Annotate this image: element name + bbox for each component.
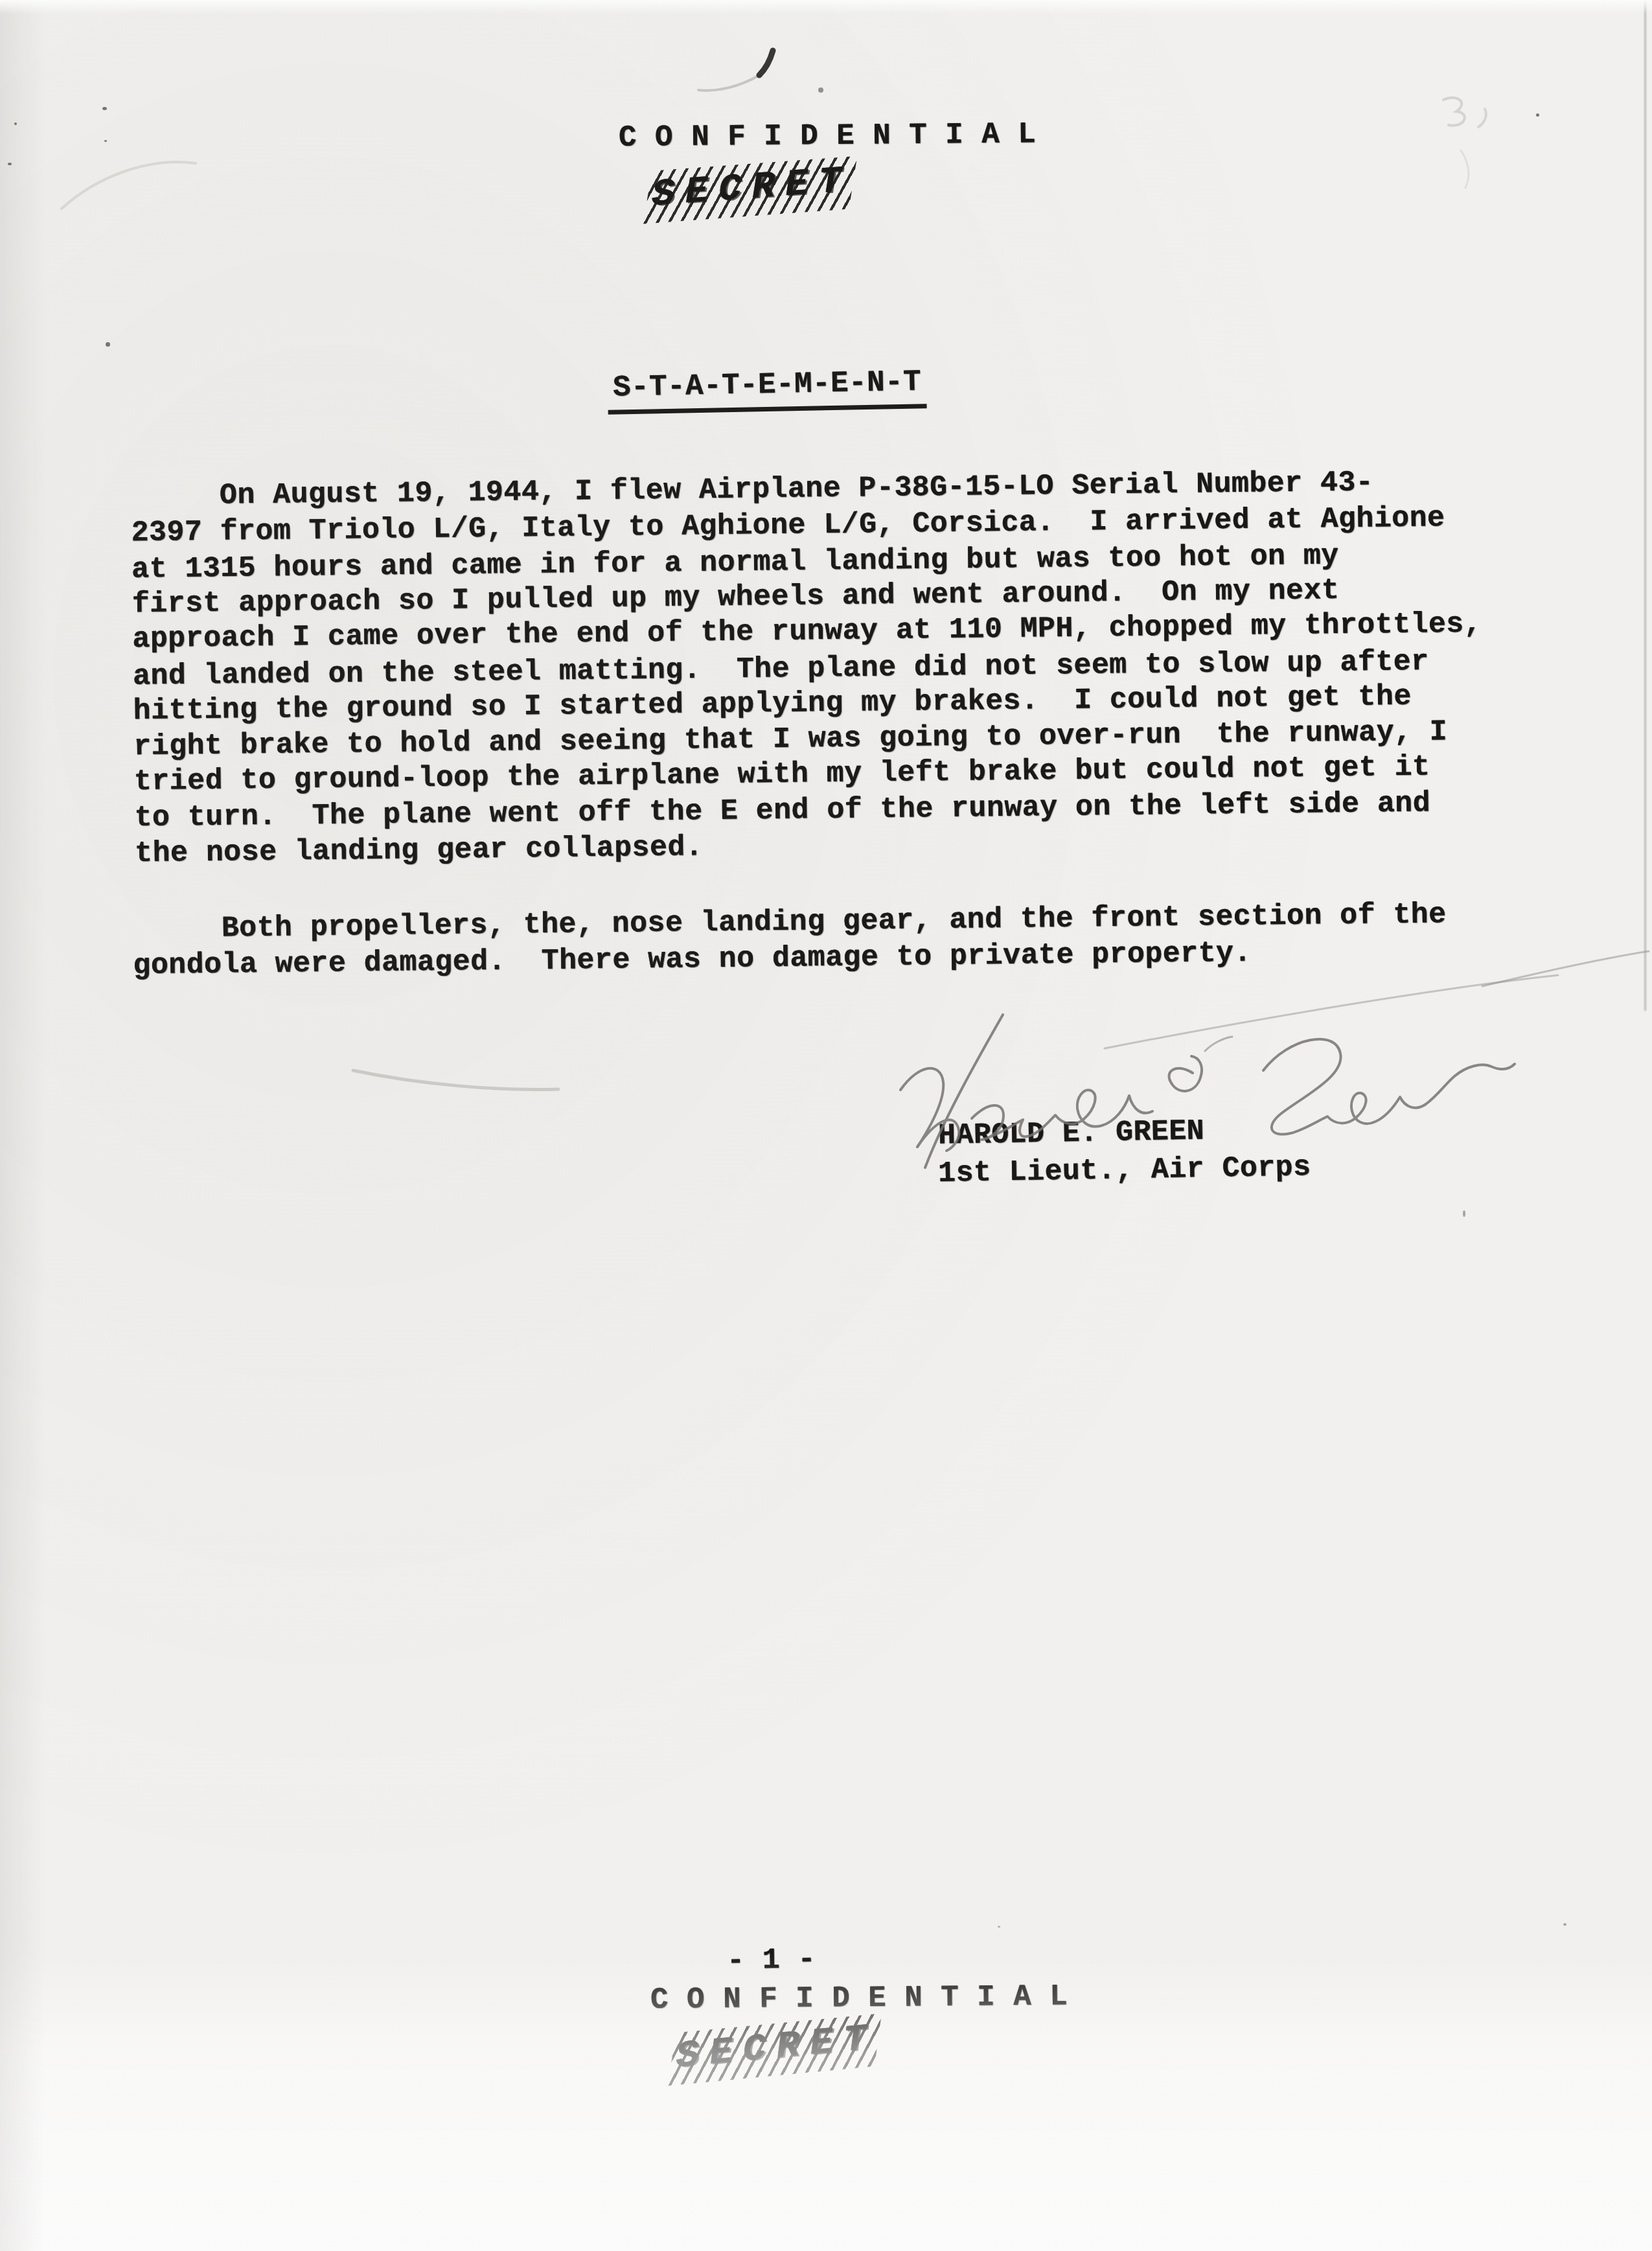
struck-secret-top: SECRET [648,160,856,217]
dust-speck [1536,113,1539,117]
statement-paragraph-1: On August 19, 1944, I flew Airplane P-38… [131,464,1522,872]
statement-paragraph-2: Both propellers, the, nose landing gear,… [132,897,1519,984]
classification-header-bottom: C O N F I D E N T I A L [650,1978,1068,2018]
dust-speck [14,122,17,125]
page-number: - 1 - [727,1942,816,1979]
dust-speck [1463,1210,1465,1217]
dust-speck [106,342,110,347]
dust-speck [8,163,12,165]
scanned-page: C O N F I D E N T I A L SECRET S-T-A-T-E… [0,0,1652,2251]
dust-speck [102,107,107,110]
scan-edge-artifact [1644,0,1646,1011]
classification-header-top: C O N F I D E N T I A L [619,116,1037,156]
signer-typed-name: HAROLD E. GREEN [938,1113,1205,1153]
signer-rank: 1st Lieut., Air Corps [938,1149,1311,1192]
ink-mark [698,51,823,93]
handwritten-signature [0,0,1652,2251]
dust-speck [104,140,107,142]
struck-secret-bottom: SECRET [673,2018,880,2079]
dust-speck [1563,1923,1566,1926]
dust-speck [998,1926,1000,1928]
page-title: S-T-A-T-E-M-E-N-T [607,364,926,414]
